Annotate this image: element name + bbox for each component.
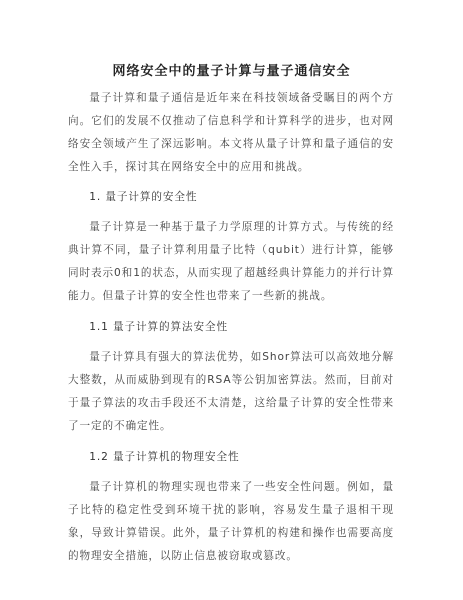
section-1-2-paragraph: 量子计算机的物理实现也带来了一些安全性问题。例如，量子比特的稳定性受到环境干扰的… [68,476,394,568]
section-heading-1-1: 1.1 量子计算的算法安全性 [68,320,394,334]
document-page: 网络安全中的量子计算与量子通信安全 量子计算和量子通信是近年来在科技领域备受瞩目… [0,0,463,600]
section-heading-1: 1. 量子计算的安全性 [68,190,394,204]
section-1-1-paragraph: 量子计算具有强大的算法优势，如Shor算法可以高效地分解大整数，从而威胁到现有的… [68,346,394,438]
document-body: 量子计算和量子通信是近年来在科技领域备受瞩目的两个方向。它们的发展不仅推动了信息… [68,87,394,568]
intro-paragraph: 量子计算和量子通信是近年来在科技领域备受瞩目的两个方向。它们的发展不仅推动了信息… [68,87,394,179]
section-1-paragraph: 量子计算是一种基于量子力学原理的计算方式。与传统的经典计算不同，量子计算利用量子… [68,216,394,308]
section-heading-1-2: 1.2 量子计算机的物理安全性 [68,450,394,464]
document-title: 网络安全中的量子计算与量子通信安全 [0,60,463,79]
